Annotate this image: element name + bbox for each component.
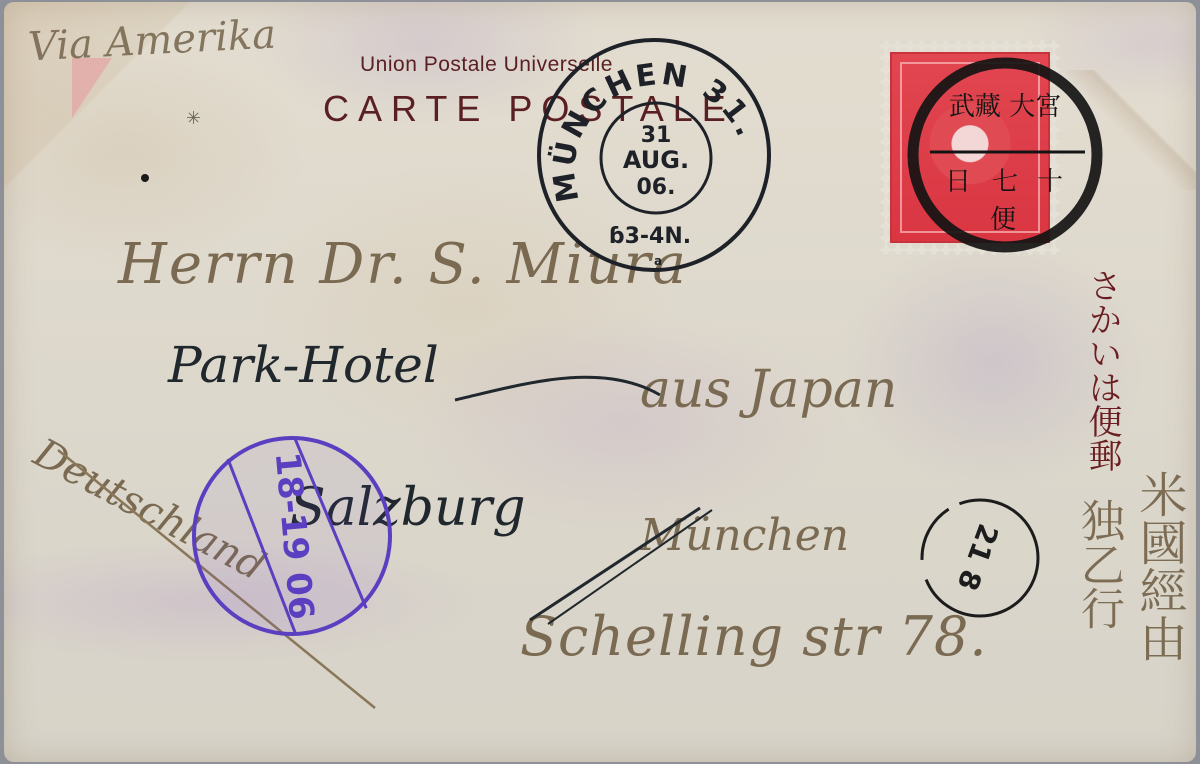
address-origin: aus Japan — [640, 360, 897, 420]
union-postale-header: Union Postale Universelle — [360, 53, 613, 77]
address-street: Schelling str 78. — [520, 605, 988, 668]
japanese-note-red: さかいは便郵 — [1082, 268, 1122, 472]
address-crossed-hotel: Park-Hotel — [168, 336, 439, 394]
japanese-postage-stamp — [880, 40, 1060, 255]
address-crossed-city: Salzburg — [290, 478, 526, 538]
address-recipient: Herrn Dr. S. Miura — [118, 232, 688, 297]
japanese-note-via-america: 米國經由 — [1125, 470, 1194, 662]
stamp-design — [890, 52, 1050, 243]
japanese-note-to-germany: 独乙行 — [1066, 498, 1130, 630]
carte-postale-title: CARTE POSTALE — [323, 88, 735, 130]
address-city: München — [640, 510, 849, 561]
photo-corner-mark-right — [1066, 70, 1196, 190]
